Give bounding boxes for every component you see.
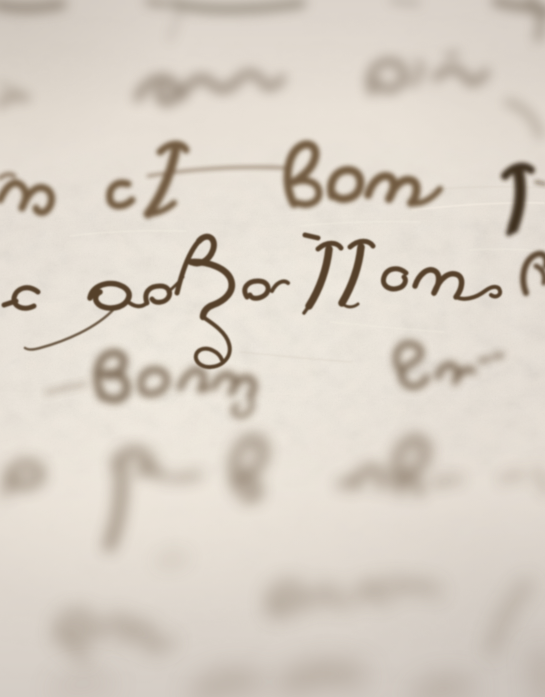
manuscript-photo: Handwritten manuscript in brown ink on t… [0,0,545,697]
handwriting-rendering [0,0,545,697]
